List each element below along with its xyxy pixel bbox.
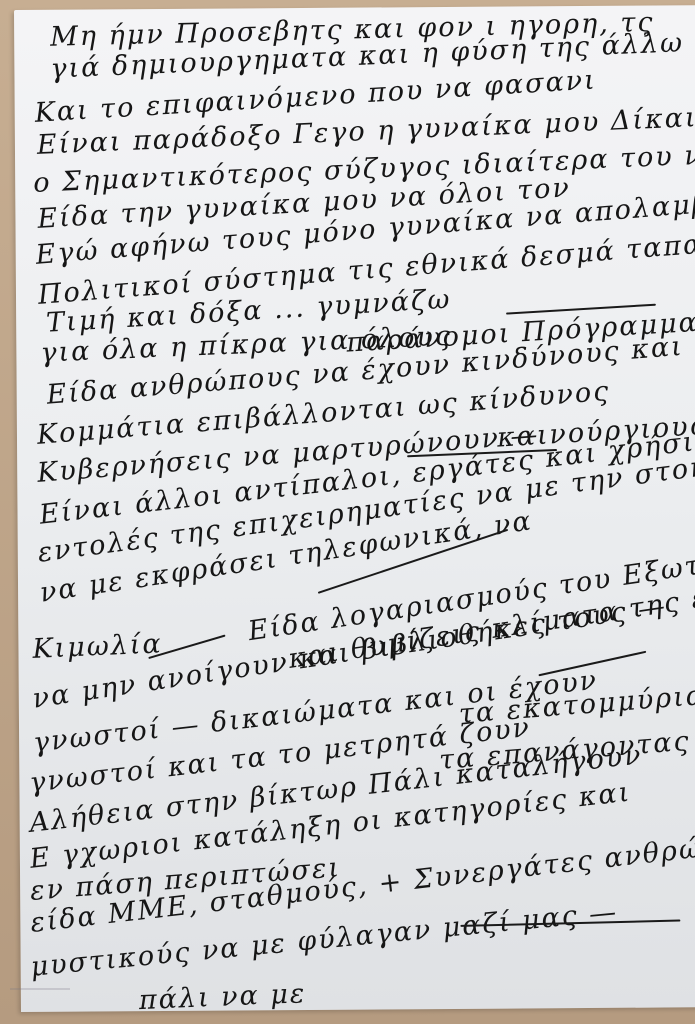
handwritten-page: Μη ήμν Προσεβητς και φον ι ηγορη, τςγιά … bbox=[14, 5, 695, 1012]
paper-mark bbox=[10, 988, 70, 990]
handwritten-line: Κιμωλία bbox=[32, 630, 163, 662]
handwritten-line: πάλι να με bbox=[138, 980, 307, 1014]
